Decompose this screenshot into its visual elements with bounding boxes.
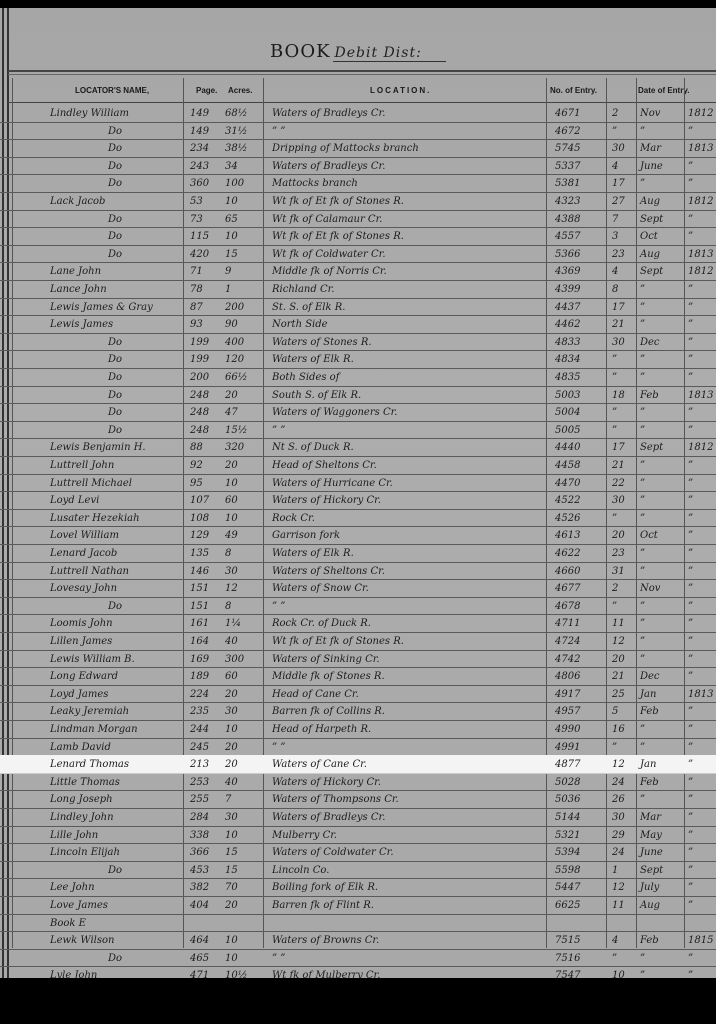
entry-month: Feb <box>640 935 680 946</box>
location: Waters of Hurricane Cr. <box>272 478 542 489</box>
acres: 1¼ <box>225 618 260 629</box>
entry-day: 11 <box>612 900 632 911</box>
entry-year: ” <box>688 794 716 805</box>
locator-name: Lovesay John <box>50 583 200 594</box>
page-number: 453 <box>190 865 220 876</box>
entry-year: ” <box>688 882 716 893</box>
acres: 10 <box>225 935 260 946</box>
entry-year: 1812 <box>688 442 716 453</box>
entry-number: 4917 <box>555 689 605 700</box>
header-entry-number: No. of Entry. <box>550 86 597 95</box>
ledger-page: BOOKDebit Dist: LOCATOR'S NAME, Page. Ac… <box>0 8 716 978</box>
page-number: 366 <box>190 847 220 858</box>
entry-month: ” <box>640 724 680 735</box>
location: South S. of Elk R. <box>272 390 542 401</box>
entry-year: 1815 <box>688 935 716 946</box>
location: Richland Cr. <box>272 284 542 295</box>
page-number: 248 <box>190 390 220 401</box>
entry-day: ” <box>612 372 632 383</box>
entry-day: 21 <box>612 319 632 330</box>
location: Waters of Hickory Cr. <box>272 777 542 788</box>
table-row: Luttrell Nathan14630Waters of Sheltons C… <box>0 562 716 581</box>
table-row: Lincoln Elijah36615Waters of Coldwater C… <box>0 843 716 862</box>
entry-month: Dec <box>640 671 680 682</box>
location: Barren fk of Collins R. <box>272 706 542 717</box>
location: Wt fk of Coldwater Cr. <box>272 249 542 260</box>
acres: 30 <box>225 566 260 577</box>
entry-day: 30 <box>612 495 632 506</box>
entry-number: 4613 <box>555 530 605 541</box>
entry-number: 4388 <box>555 214 605 225</box>
header-location: LOCATION. <box>370 86 431 95</box>
locator-name: Long Joseph <box>50 794 200 805</box>
location: Waters of Bradleys Cr. <box>272 812 542 823</box>
location: ” ” <box>272 425 542 436</box>
entry-year: ” <box>688 724 716 735</box>
page-number: 248 <box>190 407 220 418</box>
entry-month: Nov <box>640 583 680 594</box>
page-number: 149 <box>190 126 220 137</box>
header-acres: Acres. <box>228 86 252 95</box>
entry-number: 5598 <box>555 865 605 876</box>
locator-name: Loyd James <box>50 689 200 700</box>
acres: 300 <box>225 654 260 665</box>
acres: 20 <box>225 390 260 401</box>
entry-year: ” <box>688 654 716 665</box>
entry-day: 7 <box>612 214 632 225</box>
entry-number: 5366 <box>555 249 605 260</box>
location: Mattocks branch <box>272 178 542 189</box>
entry-number: 4462 <box>555 319 605 330</box>
location: Waters of Thompsons Cr. <box>272 794 542 805</box>
table-row: Do24847Waters of Waggoners Cr.5004””” <box>0 403 716 422</box>
page-number: 199 <box>190 337 220 348</box>
table-row: Do45315Lincoln Co.55981Sept” <box>0 861 716 880</box>
entry-number: 5003 <box>555 390 605 401</box>
entry-month: Sept <box>640 865 680 876</box>
location: Waters of Stones R. <box>272 337 542 348</box>
page-number: 360 <box>190 178 220 189</box>
table-row: Lindman Morgan24410Head of Harpeth R.499… <box>0 720 716 739</box>
table-row: Lewk Wilson46410Waters of Browns Cr.7515… <box>0 931 716 950</box>
entry-year: ” <box>688 865 716 876</box>
location: Head of Sheltons Cr. <box>272 460 542 471</box>
acres: 30 <box>225 706 260 717</box>
entry-day: 2 <box>612 583 632 594</box>
entry-year: ” <box>688 354 716 365</box>
location: ” ” <box>272 601 542 612</box>
acres: 47 <box>225 407 260 418</box>
acres: 38½ <box>225 143 260 154</box>
acres: 15 <box>225 249 260 260</box>
table-row: Do11510Wt fk of Et fk of Stones R.45573O… <box>0 227 716 246</box>
entry-day: 23 <box>612 548 632 559</box>
entry-year: ” <box>688 953 716 964</box>
entry-number: 4711 <box>555 618 605 629</box>
location: Garrison fork <box>272 530 542 541</box>
page-number: 115 <box>190 231 220 242</box>
location: Waters of Elk R. <box>272 354 542 365</box>
scan-border <box>0 978 716 1024</box>
acres: 20 <box>225 742 260 753</box>
locator-name: Lewis Benjamin H. <box>50 442 200 453</box>
locator-name: Lance John <box>50 284 200 295</box>
location: Mulberry Cr. <box>272 830 542 841</box>
entry-month: Dec <box>640 337 680 348</box>
page-number: 224 <box>190 689 220 700</box>
entry-day: 2 <box>612 108 632 119</box>
entry-year: ” <box>688 460 716 471</box>
location: Head of Harpeth R. <box>272 724 542 735</box>
page-number: 151 <box>190 601 220 612</box>
header-rule-top <box>8 70 716 72</box>
entry-day: 27 <box>612 196 632 207</box>
table-row: Little Thomas25340Waters of Hickory Cr.5… <box>0 773 716 792</box>
entry-number: 4440 <box>555 442 605 453</box>
table-row: Do199120Waters of Elk R.4834””” <box>0 350 716 369</box>
entry-year: 1813 <box>688 390 716 401</box>
location: Nt S. of Duck R. <box>272 442 542 453</box>
acres: 40 <box>225 777 260 788</box>
entry-number: 5144 <box>555 812 605 823</box>
page-number: 199 <box>190 354 220 365</box>
entry-month: Aug <box>640 900 680 911</box>
table-row: Lewis James & Gray87200St. S. of Elk R.4… <box>0 298 716 317</box>
page-number: 78 <box>190 284 220 295</box>
entry-day: 24 <box>612 847 632 858</box>
entry-number: 7516 <box>555 953 605 964</box>
entry-month: Sept <box>640 214 680 225</box>
entry-year: ” <box>688 812 716 823</box>
location: Waters of Cane Cr. <box>272 759 542 770</box>
table-row: Lenard Thomas21320Waters of Cane Cr.4877… <box>0 755 716 774</box>
entry-number: 5321 <box>555 830 605 841</box>
location: Wt fk of Calamaur Cr. <box>272 214 542 225</box>
table-row: Long Joseph2557Waters of Thompsons Cr.50… <box>0 790 716 809</box>
entry-year: 1813 <box>688 689 716 700</box>
entry-year: ” <box>688 513 716 524</box>
table-row: Lewis James9390North Side446221”” <box>0 315 716 334</box>
table-row: Do7365Wt fk of Calamaur Cr.43887Sept” <box>0 210 716 229</box>
location: Rock Cr. of Duck R. <box>272 618 542 629</box>
table-row: Lack Jacob5310Wt fk of Et fk of Stones R… <box>0 192 716 211</box>
page-number: 146 <box>190 566 220 577</box>
locator-name: Luttrell Michael <box>50 478 200 489</box>
location: Waters of Sinking Cr. <box>272 654 542 665</box>
entry-year: 1813 <box>688 143 716 154</box>
entry-month: ” <box>640 618 680 629</box>
entry-day: ” <box>612 354 632 365</box>
entry-month: ” <box>640 513 680 524</box>
entry-month: ” <box>640 548 680 559</box>
entry-month: Feb <box>640 390 680 401</box>
locator-name: Long Edward <box>50 671 200 682</box>
table-row: Do46510” ”7516””” <box>0 949 716 968</box>
entry-month: ” <box>640 742 680 753</box>
entry-number: 5036 <box>555 794 605 805</box>
entry-month: ” <box>640 478 680 489</box>
page-number: 164 <box>190 636 220 647</box>
entry-day: 11 <box>612 618 632 629</box>
locator-name: Lewis James <box>50 319 200 330</box>
page-number: 88 <box>190 442 220 453</box>
entry-month: Mar <box>640 812 680 823</box>
page-number: 200 <box>190 372 220 383</box>
locator-name: Lovel William <box>50 530 200 541</box>
entry-month: ” <box>640 566 680 577</box>
acres: 1 <box>225 284 260 295</box>
entry-day: 17 <box>612 302 632 313</box>
locator-name: Lillen James <box>50 636 200 647</box>
table-row: Do24820South S. of Elk R.500318Feb1813 <box>0 386 716 405</box>
entry-year: ” <box>688 214 716 225</box>
entry-day: 29 <box>612 830 632 841</box>
entry-day: 18 <box>612 390 632 401</box>
entry-number: 4369 <box>555 266 605 277</box>
acres: 20 <box>225 460 260 471</box>
entry-number: 4877 <box>555 759 605 770</box>
entry-year: ” <box>688 284 716 295</box>
entry-month: Oct <box>640 231 680 242</box>
entry-number: 7515 <box>555 935 605 946</box>
entry-month: ” <box>640 636 680 647</box>
entry-number: 4833 <box>555 337 605 348</box>
acres: 20 <box>225 900 260 911</box>
entry-number: 4557 <box>555 231 605 242</box>
entry-day: 25 <box>612 689 632 700</box>
page-number: 93 <box>190 319 220 330</box>
table-row: Do20066½Both Sides of4835””” <box>0 368 716 387</box>
entry-day: ” <box>612 601 632 612</box>
table-row: Lamb David24520” ”4991””” <box>0 738 716 757</box>
entry-year: ” <box>688 706 716 717</box>
table-row: Lewis Benjamin H.88320Nt S. of Duck R.44… <box>0 438 716 457</box>
entry-number: 4522 <box>555 495 605 506</box>
page-number: 169 <box>190 654 220 665</box>
header-page: Page. <box>196 86 217 95</box>
locator-name: Little Thomas <box>50 777 200 788</box>
table-row: Lille John33810Mulberry Cr.532129May” <box>0 826 716 845</box>
entry-day: ” <box>612 407 632 418</box>
locator-name: Lamb David <box>50 742 200 753</box>
entry-month: ” <box>640 495 680 506</box>
locator-name: Love James <box>50 900 200 911</box>
entry-month: ” <box>640 953 680 964</box>
entry-month: Nov <box>640 108 680 119</box>
entry-day: 8 <box>612 284 632 295</box>
location: Middle fk of Stones R. <box>272 671 542 682</box>
entry-year: 1812 <box>688 196 716 207</box>
entry-year: ” <box>688 830 716 841</box>
entry-day: 31 <box>612 566 632 577</box>
entry-number: 4470 <box>555 478 605 489</box>
page-number: 73 <box>190 214 220 225</box>
entry-day: ” <box>612 126 632 137</box>
entry-year: ” <box>688 337 716 348</box>
page-number: 151 <box>190 583 220 594</box>
entry-number: 4526 <box>555 513 605 524</box>
locator-name: Lusater Hezekiah <box>50 513 200 524</box>
location: Both Sides of <box>272 372 542 383</box>
locator-name: Lewis William B. <box>50 654 200 665</box>
entry-number: 5745 <box>555 143 605 154</box>
location: Wt fk of Et fk of Stones R. <box>272 196 542 207</box>
acres: 65 <box>225 214 260 225</box>
acres: 49 <box>225 530 260 541</box>
table-row: Lovesay John15112Waters of Snow Cr.46772… <box>0 579 716 598</box>
table-row: Book E <box>0 914 716 933</box>
acres: 10 <box>225 953 260 964</box>
entry-number: 4323 <box>555 196 605 207</box>
entry-month: ” <box>640 302 680 313</box>
entry-month: Jan <box>640 689 680 700</box>
table-row: Love James40420Barren fk of Flint R.6625… <box>0 896 716 915</box>
location: Waters of Bradleys Cr. <box>272 108 542 119</box>
entry-number: 4834 <box>555 354 605 365</box>
acres: 30 <box>225 812 260 823</box>
acres: 60 <box>225 671 260 682</box>
entry-month: ” <box>640 407 680 418</box>
entry-day: 5 <box>612 706 632 717</box>
page-number: 235 <box>190 706 220 717</box>
location: Barren fk of Flint R. <box>272 900 542 911</box>
acres: 70 <box>225 882 260 893</box>
location: Waters of Sheltons Cr. <box>272 566 542 577</box>
location: Waters of Waggoners Cr. <box>272 407 542 418</box>
page-number: 149 <box>190 108 220 119</box>
page-title: BOOKDebit Dist: <box>270 41 446 63</box>
table-row: Do1518” ”4678””” <box>0 597 716 616</box>
table-row: Do24815½” ”5005””” <box>0 421 716 440</box>
page-number: 234 <box>190 143 220 154</box>
entry-day: 4 <box>612 266 632 277</box>
entry-month: ” <box>640 601 680 612</box>
entry-year: ” <box>688 530 716 541</box>
acres: 7 <box>225 794 260 805</box>
locator-name: Lee John <box>50 882 200 893</box>
locator-name: Leaky Jeremiah <box>50 706 200 717</box>
entry-month: Sept <box>640 442 680 453</box>
table-row: Leaky Jeremiah23530Barren fk of Collins … <box>0 702 716 721</box>
entry-day: 3 <box>612 231 632 242</box>
page-number: 92 <box>190 460 220 471</box>
entry-year: ” <box>688 231 716 242</box>
acres: 68½ <box>225 108 260 119</box>
acres: 10 <box>225 478 260 489</box>
entry-month: ” <box>640 319 680 330</box>
header-locator-name: LOCATOR'S NAME, <box>75 86 149 95</box>
location: Lincoln Co. <box>272 865 542 876</box>
entry-year: ” <box>688 601 716 612</box>
entry-number: 5381 <box>555 178 605 189</box>
entry-number: 4678 <box>555 601 605 612</box>
entry-day: 1 <box>612 865 632 876</box>
entry-day: 4 <box>612 161 632 172</box>
header-rule-bottom <box>8 102 716 103</box>
acres: 34 <box>225 161 260 172</box>
location: Waters of Hickory Cr. <box>272 495 542 506</box>
table-row: Luttrell Michael9510Waters of Hurricane … <box>0 474 716 493</box>
entry-year: ” <box>688 478 716 489</box>
location: ” ” <box>272 953 542 964</box>
entry-number: 4990 <box>555 724 605 735</box>
entry-number: 4724 <box>555 636 605 647</box>
page-number: 53 <box>190 196 220 207</box>
table-row: Long Edward18960Middle fk of Stones R.48… <box>0 667 716 686</box>
entry-month: Jan <box>640 759 680 770</box>
entry-day: 23 <box>612 249 632 260</box>
location: Waters of Coldwater Cr. <box>272 847 542 858</box>
entry-year: ” <box>688 495 716 506</box>
page-number: 255 <box>190 794 220 805</box>
entry-number: 5005 <box>555 425 605 436</box>
entry-day: 12 <box>612 882 632 893</box>
entry-year: ” <box>688 126 716 137</box>
location: Waters of Browns Cr. <box>272 935 542 946</box>
entry-month: Feb <box>640 777 680 788</box>
locator-name: Lewis James & Gray <box>50 302 200 313</box>
entry-month: ” <box>640 460 680 471</box>
locator-name: Loomis John <box>50 618 200 629</box>
page-number: 71 <box>190 266 220 277</box>
page-number: 248 <box>190 425 220 436</box>
entry-month: ” <box>640 354 680 365</box>
page-number: 382 <box>190 882 220 893</box>
entry-year: ” <box>688 372 716 383</box>
acres: 15 <box>225 847 260 858</box>
entry-day: 16 <box>612 724 632 735</box>
location: Waters of Elk R. <box>272 548 542 559</box>
entry-year: ” <box>688 636 716 647</box>
page-number: 243 <box>190 161 220 172</box>
entry-year: ” <box>688 319 716 330</box>
acres: 15 <box>225 865 260 876</box>
location: Head of Cane Cr. <box>272 689 542 700</box>
header-rule-top-inner <box>8 74 716 75</box>
acres: 20 <box>225 759 260 770</box>
location: Dripping of Mattocks branch <box>272 143 542 154</box>
entry-year: ” <box>688 425 716 436</box>
entry-day: 30 <box>612 143 632 154</box>
entry-month: May <box>640 830 680 841</box>
entry-month: ” <box>640 794 680 805</box>
entry-number: 6625 <box>555 900 605 911</box>
entry-month: ” <box>640 425 680 436</box>
table-row: Lovel William12949Garrison fork461320Oct… <box>0 526 716 545</box>
table-row: Do199400Waters of Stones R.483330Dec” <box>0 333 716 352</box>
entry-month: ” <box>640 284 680 295</box>
entry-number: 4806 <box>555 671 605 682</box>
entry-month: ” <box>640 178 680 189</box>
entry-year: 1813 <box>688 249 716 260</box>
table-row: Lenard Jacob1358Waters of Elk R.462223”” <box>0 544 716 563</box>
table-row: Do23438½Dripping of Mattocks branch57453… <box>0 139 716 158</box>
entry-day: 21 <box>612 460 632 471</box>
entry-month: Mar <box>640 143 680 154</box>
entry-month: ” <box>640 654 680 665</box>
entry-month: ” <box>640 126 680 137</box>
entry-day: 20 <box>612 530 632 541</box>
locator-name: Lindley William <box>50 108 200 119</box>
entry-number: 4458 <box>555 460 605 471</box>
acres: 10 <box>225 724 260 735</box>
location: ” ” <box>272 742 542 753</box>
page-number: 244 <box>190 724 220 735</box>
entry-year: ” <box>688 900 716 911</box>
acres: 8 <box>225 548 260 559</box>
entry-number: 4957 <box>555 706 605 717</box>
entry-day: 26 <box>612 794 632 805</box>
